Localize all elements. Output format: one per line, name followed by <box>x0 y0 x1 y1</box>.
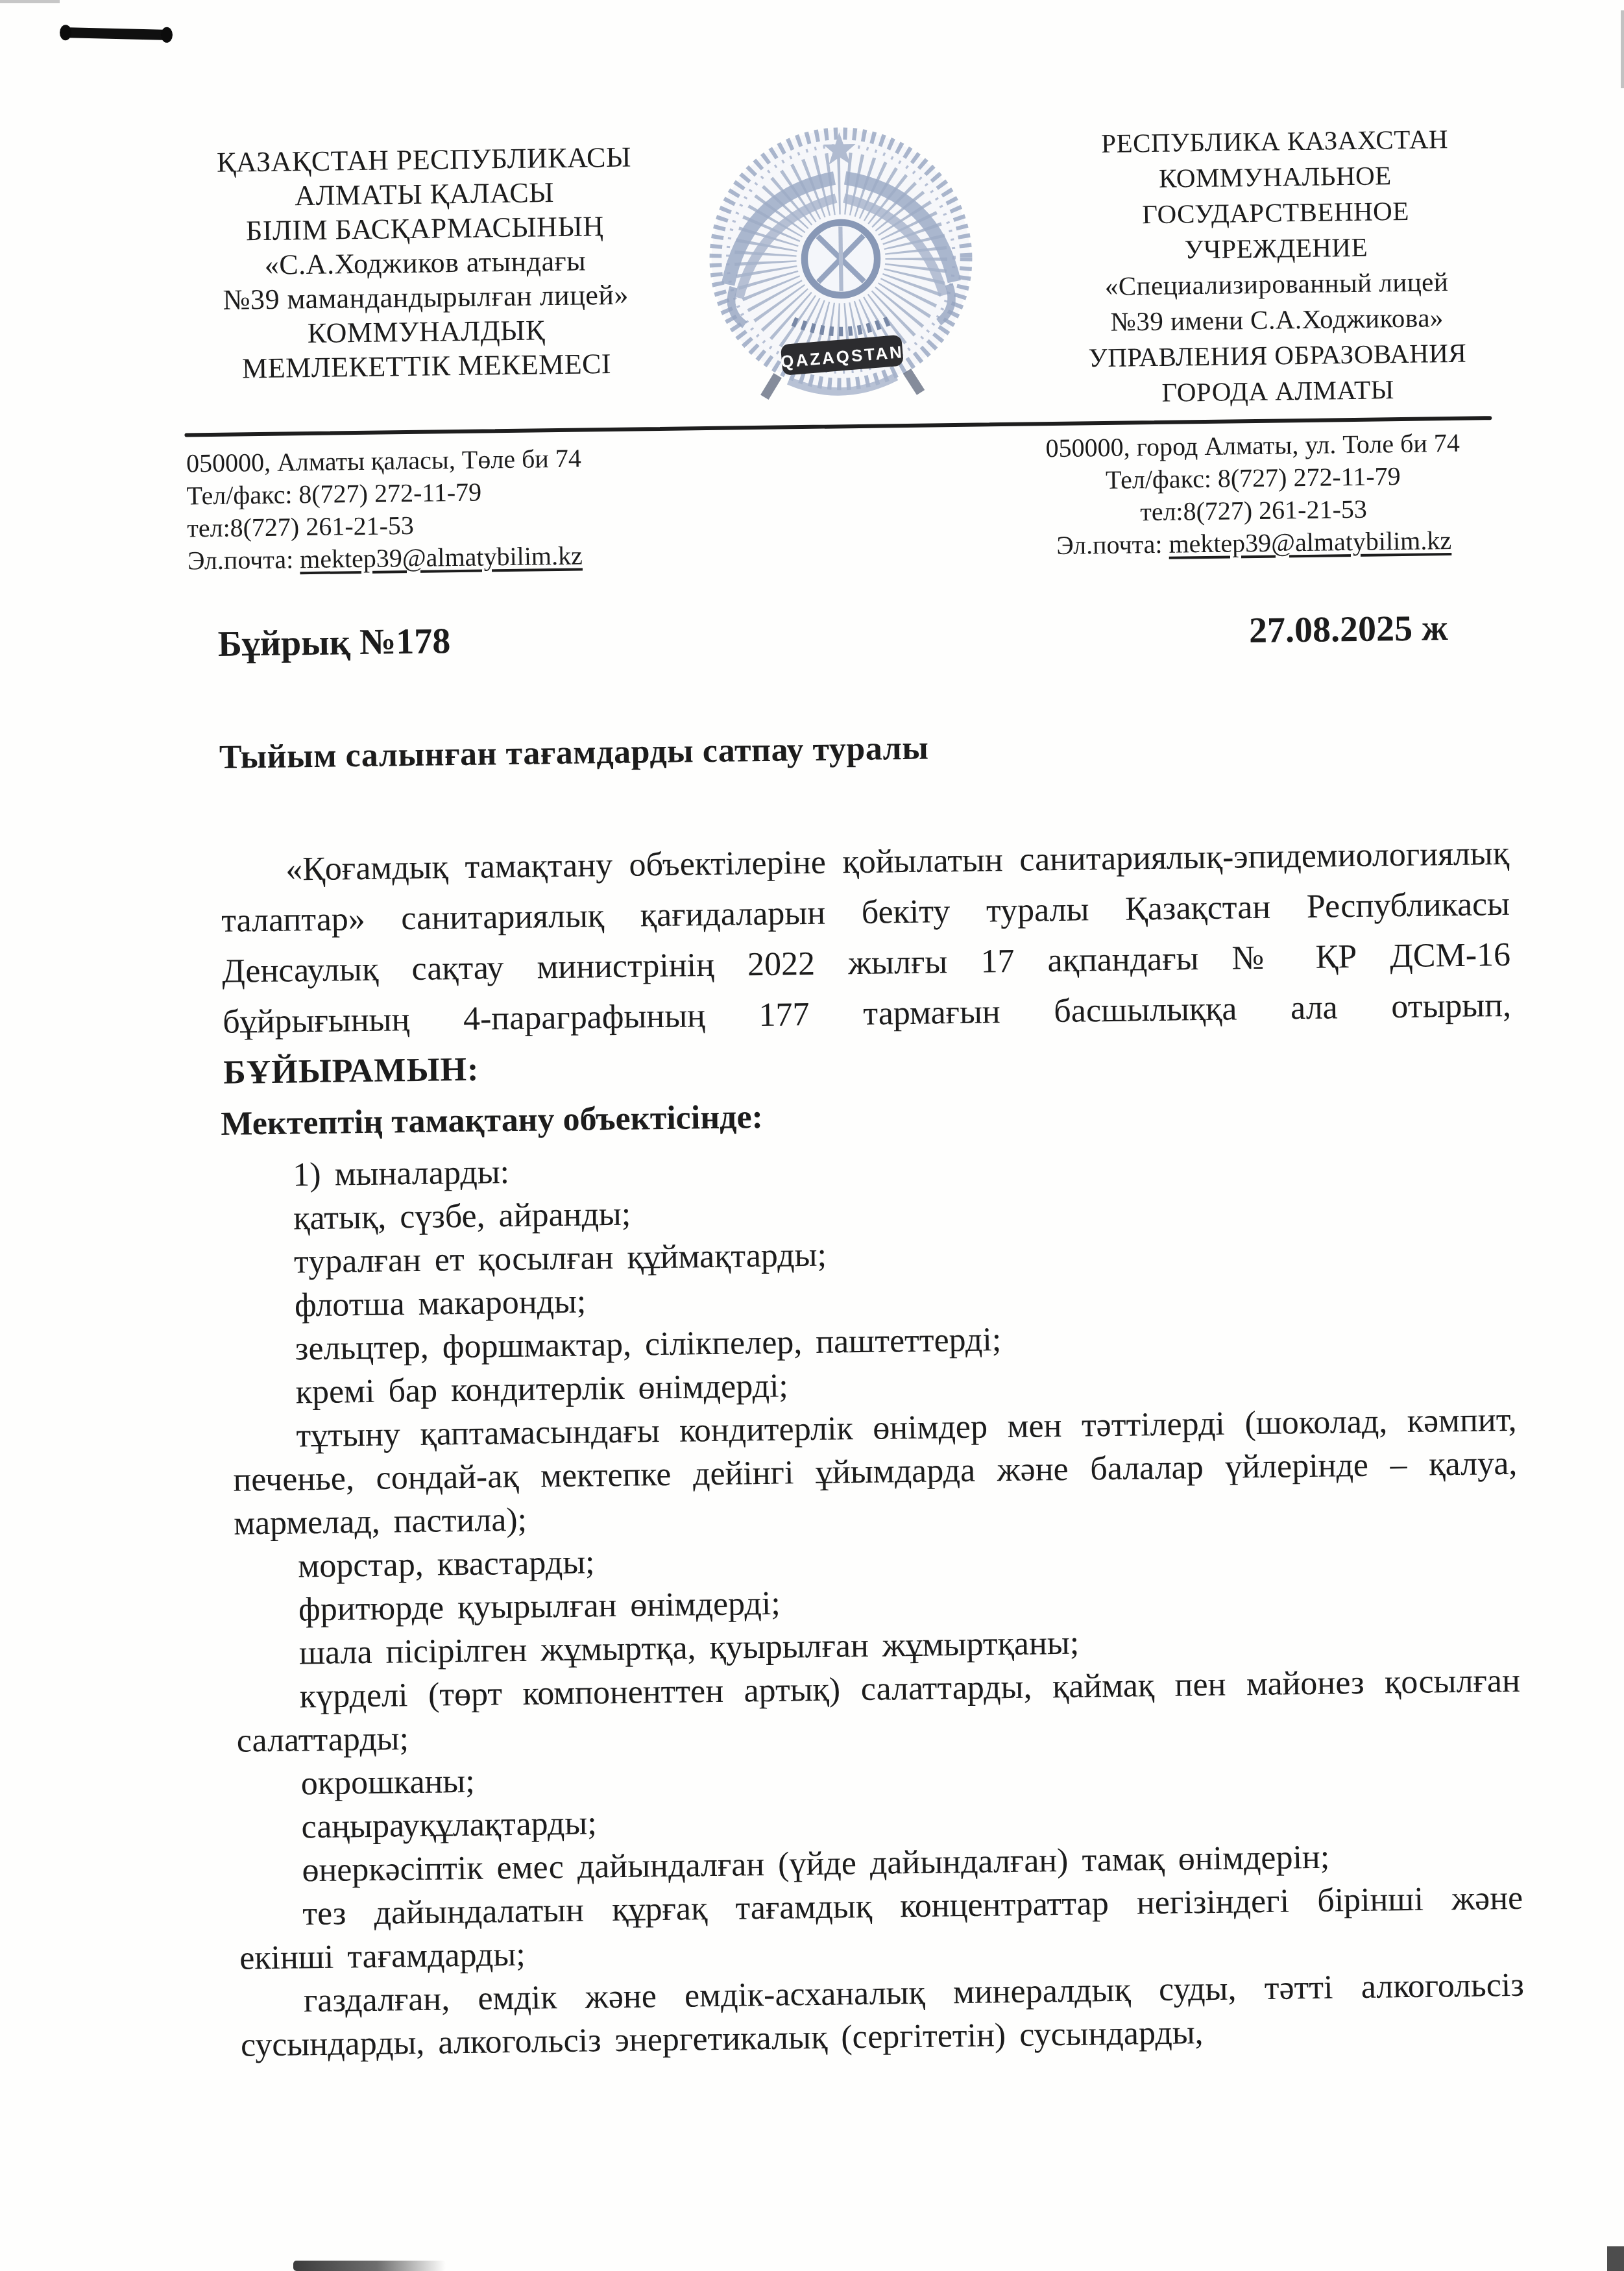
email-line: Эл.почта: mektep39@almatybilim.kz <box>188 540 583 577</box>
org-name-russian: РЕСПУБЛИКА КАЗАХСТАНКОММУНАЛЬНОЕГОСУДАРС… <box>1056 121 1496 412</box>
letterhead: ҚАЗАҚСТАН РЕСПУБЛИКАСЫАЛМАТЫ ҚАЛАСЫБІЛІМ… <box>0 0 1615 435</box>
org-name-line: МЕМЛЕКЕТТІК МЕКЕМЕСІ <box>195 346 659 386</box>
phone-line: тел:8(727) 261-21-53 <box>187 507 582 545</box>
scan-edge-artifact <box>1621 10 1624 88</box>
email-label: Эл.почта: <box>1056 529 1163 560</box>
org-name-line: КОММУНАЛЬНОЕ <box>1057 156 1494 198</box>
email-address: mektep39@almatybilim.kz <box>300 541 583 574</box>
contact-info: 050000, Алматы қаласы, Төле би 74 Тел/фа… <box>186 431 1461 577</box>
org-name-line: АЛМАТЫ ҚАЛАСЫ <box>192 174 657 214</box>
org-name-line: БІЛІМ БАСҚАРМАСЫНЫҢ <box>193 208 657 249</box>
org-name-line: КОММУНАЛДЫҚ <box>194 311 659 352</box>
org-name-line: №39 мамандандырылған лицей» <box>193 277 658 317</box>
intro-emphasis: БҰЙЫРАМЫН: <box>223 1051 479 1091</box>
org-name-line: «С.А.Ходжиков атындағы <box>193 243 658 283</box>
phone-fax-line: Тел/факс: 8(727) 272-11-79 <box>1046 459 1460 497</box>
document-content: ҚАЗАҚСТАН РЕСПУБЛИКАСЫАЛМАТЫ ҚАЛАСЫБІЛІМ… <box>0 0 1624 2070</box>
contact-block-russian: 050000, город Алматы, ул. Толе би 74 Тел… <box>1045 427 1461 566</box>
scan-smudge-artifact <box>293 2261 446 2271</box>
org-name-line: УЧРЕЖДЕНИЕ <box>1058 228 1494 269</box>
order-subject: Тыйым салынған тағамдарды сатпау туралы <box>219 721 1510 778</box>
phone-fax-line: Тел/факс: 8(727) 272-11-79 <box>186 475 581 513</box>
address-line: 050000, город Алматы, ул. Толе би 74 <box>1045 427 1460 465</box>
prohibited-item: тұтыну қаптамасындағы кондитерлік өнімде… <box>232 1398 1518 1546</box>
phone-line: тел:8(727) 261-21-53 <box>1047 492 1461 529</box>
scan-corner-artifact <box>1607 2246 1624 2271</box>
org-name-line: ҚАЗАҚСТАН РЕСПУБЛИКАСЫ <box>192 140 657 180</box>
org-name-line: №39 имени С.А.Ходжикова» <box>1059 299 1496 341</box>
order-date: 27.08.2025 ж <box>1249 607 1448 651</box>
prohibited-item: тез дайындалатын құрғақ тағамдық концент… <box>239 1876 1524 1980</box>
prohibited-item: газдалған, емдік және емдік-асханалық ми… <box>240 1963 1525 2067</box>
org-name-line: УПРАВЛЕНИЯ ОБРАЗОВАНИЯ <box>1060 335 1496 376</box>
kazakhstan-state-emblem-icon: QAZAQSTAN <box>703 123 978 409</box>
email-label: Эл.почта: <box>188 544 294 575</box>
order-header-row: Бұйрық №178 27.08.2025 ж <box>217 607 1448 665</box>
order-intro-paragraph: «Қоғамдық тамақтану объектілеріне қойыла… <box>221 829 1512 1099</box>
scan-edge-artifact <box>0 0 60 3</box>
org-name-line: РЕСПУБЛИКА КАЗАХСТАН <box>1056 121 1493 162</box>
order-number: Бұйрық №178 <box>217 620 451 665</box>
org-name-line: «Специализированный лицей <box>1058 263 1495 305</box>
prohibited-items-list: 1) мыналарды:қатық, сүзбе, айранды;турал… <box>1 1136 1624 2071</box>
prohibited-item: күрделі (төрт компоненттен артық) салатт… <box>236 1659 1521 1763</box>
email-address: mektep39@almatybilim.kz <box>1169 526 1451 559</box>
contact-block-kazakh: 050000, Алматы қаласы, Төле би 74 Тел/фа… <box>186 443 583 577</box>
org-name-line: ГОРОДА АЛМАТЫ <box>1060 370 1496 412</box>
email-line: Эл.почта: mektep39@almatybilim.kz <box>1047 524 1461 562</box>
org-name-kazakh: ҚАЗАҚСТАН РЕСПУБЛИКАСЫАЛМАТЫ ҚАЛАСЫБІЛІМ… <box>192 140 659 386</box>
address-line: 050000, Алматы қаласы, Төле би 74 <box>186 443 581 480</box>
scanned-document-page: ҚАЗАҚСТАН РЕСПУБЛИКАСЫАЛМАТЫ ҚАЛАСЫБІЛІМ… <box>0 0 1624 2271</box>
intro-text: «Қоғамдық тамақтану объектілеріне қойыла… <box>221 835 1512 1041</box>
org-name-line: ГОСУДАРСТВЕННОЕ <box>1058 192 1494 234</box>
